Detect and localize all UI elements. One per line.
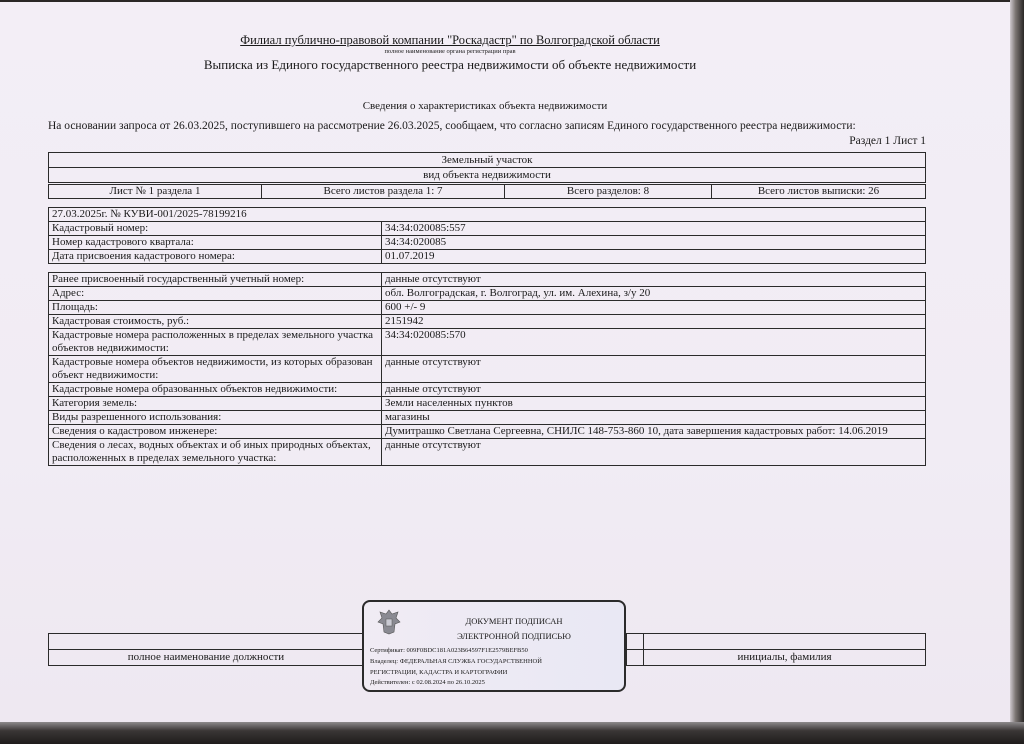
position-blank bbox=[49, 634, 364, 650]
total-sheets: Всего листов выписки: 26 bbox=[712, 185, 926, 199]
row-label: Виды разрешенного использования: bbox=[49, 411, 382, 425]
sheet-number: Лист № 1 раздела 1 bbox=[49, 185, 262, 199]
position-caption: полное наименование должности bbox=[49, 650, 364, 666]
org-name: Филиал публично-правовой компании "Роска… bbox=[200, 33, 700, 48]
row-label: Сведения о лесах, водных объектах и об и… bbox=[49, 439, 382, 466]
request-table: 27.03.2025г. № КУВИ-001/2025-78199216 Ка… bbox=[48, 207, 926, 264]
table-row: Сведения о кадастровом инженере:Думитраш… bbox=[49, 425, 926, 439]
org-caption: полное наименование органа регистрации п… bbox=[200, 48, 700, 55]
row-label: Кадастровая стоимость, руб.: bbox=[49, 315, 382, 329]
row-label: Ранее присвоенный государственный учетны… bbox=[49, 273, 382, 287]
stamp-owner-cont: РЕГИСТРАЦИИ, КАДАСТРА И КАРТОГРАФИИ bbox=[370, 669, 507, 676]
section-sheet-label: Раздел 1 Лист 1 bbox=[800, 135, 926, 147]
sheets-table: Лист № 1 раздела 1 Всего листов раздела … bbox=[48, 184, 926, 199]
row-value: 34:34:020085:570 bbox=[382, 329, 926, 356]
row-label: Кадастровый номер: bbox=[49, 222, 382, 236]
stamp-owner: Владелец: ФЕДЕРАЛЬНАЯ СЛУЖБА ГОСУДАРСТВЕ… bbox=[370, 658, 542, 665]
position-signature-table: полное наименование должности bbox=[48, 633, 364, 666]
table-row: Дата присвоения кадастрового номера: 01.… bbox=[49, 250, 926, 264]
table-row: Адрес:обл. Волгоградская, г. Волгоград, … bbox=[49, 287, 926, 301]
table-row: Кадастровая стоимость, руб.:2151942 bbox=[49, 315, 926, 329]
document-page: Филиал публично-правовой компании "Роска… bbox=[0, 2, 1010, 724]
table-row: Категория земель:Земли населенных пункто… bbox=[49, 397, 926, 411]
document-title: Выписка из Единого государственного реес… bbox=[180, 57, 720, 73]
table-row: Кадастровые номера объектов недвижимости… bbox=[49, 356, 926, 383]
assignment-date: 01.07.2019 bbox=[382, 250, 926, 264]
name-signature-table: инициалы, фамилия bbox=[626, 633, 926, 666]
row-label: Кадастровые номера расположенных в преде… bbox=[49, 329, 382, 356]
land-category-value: Земли населенных пунктов bbox=[382, 397, 926, 411]
request-line: На основании запроса от 26.03.2025, пост… bbox=[48, 120, 928, 132]
table-row: Площадь:600 +/- 9 bbox=[49, 301, 926, 315]
table-row: Виды разрешенного использования:магазины bbox=[49, 411, 926, 425]
total-sheets-section: Всего листов раздела 1: 7 bbox=[262, 185, 505, 199]
row-value: данные отсутствуют bbox=[382, 383, 926, 397]
stamp-validity: Действителен: с 02.08.2024 по 26.10.2025 bbox=[370, 679, 485, 686]
row-value: данные отсутствуют bbox=[382, 439, 926, 466]
stamp-line2: ЭЛЕКТРОННОЙ ПОДПИСЬЮ bbox=[414, 631, 614, 641]
name-caption: инициалы, фамилия bbox=[644, 650, 926, 666]
row-label: Адрес: bbox=[49, 287, 382, 301]
row-label: Дата присвоения кадастрового номера: bbox=[49, 250, 382, 264]
properties-table: Ранее присвоенный государственный учетны… bbox=[48, 272, 926, 466]
row-label: Площадь: bbox=[49, 301, 382, 315]
table-row: Ранее присвоенный государственный учетны… bbox=[49, 273, 926, 287]
row-label: Номер кадастрового квартала: bbox=[49, 236, 382, 250]
cadastral-value: 2151942 bbox=[382, 315, 926, 329]
table-row: Кадастровый номер: 34:34:020085:557 bbox=[49, 222, 926, 236]
object-type: Земельный участок bbox=[49, 153, 926, 168]
object-type-table: Земельный участок вид объекта недвижимос… bbox=[48, 152, 926, 183]
table-row: Сведения о лесах, водных объектах и об и… bbox=[49, 439, 926, 466]
section-title: Сведения о характеристиках объекта недви… bbox=[250, 100, 720, 112]
permitted-use-value: магазины bbox=[382, 411, 926, 425]
emblem-icon bbox=[376, 608, 402, 636]
row-value: данные отсутствуют bbox=[382, 273, 926, 287]
address-value: обл. Волгоградская, г. Волгоград, ул. им… bbox=[382, 287, 926, 301]
row-value: данные отсутствуют bbox=[382, 356, 926, 383]
row-label: Сведения о кадастровом инженере: bbox=[49, 425, 382, 439]
cadastral-quarter: 34:34:020085 bbox=[382, 236, 926, 250]
table-row: Номер кадастрового квартала: 34:34:02008… bbox=[49, 236, 926, 250]
total-sections: Всего разделов: 8 bbox=[505, 185, 712, 199]
table-row: Кадастровые номера образованных объектов… bbox=[49, 383, 926, 397]
area-value: 600 +/- 9 bbox=[382, 301, 926, 315]
engineer-value: Думитрашко Светлана Сергеевна, СНИЛС 148… bbox=[382, 425, 926, 439]
row-label: Кадастровые номера образованных объектов… bbox=[49, 383, 382, 397]
object-type-caption: вид объекта недвижимости bbox=[49, 168, 926, 183]
name-blank bbox=[644, 634, 926, 650]
cadastral-number: 34:34:020085:557 bbox=[382, 222, 926, 236]
request-number: 27.03.2025г. № КУВИ-001/2025-78199216 bbox=[49, 208, 926, 222]
stamp-line1: ДОКУМЕНТ ПОДПИСАН bbox=[414, 616, 614, 626]
scanner-bottom-edge bbox=[0, 722, 1024, 744]
table-row: Кадастровые номера расположенных в преде… bbox=[49, 329, 926, 356]
row-label: Кадастровые номера объектов недвижимости… bbox=[49, 356, 382, 383]
row-label: Категория земель: bbox=[49, 397, 382, 411]
electronic-signature-stamp: ДОКУМЕНТ ПОДПИСАН ЭЛЕКТРОННОЙ ПОДПИСЬЮ С… bbox=[362, 600, 626, 692]
page-edge-shadow bbox=[1010, 0, 1024, 744]
stamp-certificate: Сертификат: 009F0BDC181A023B64597F1E2579… bbox=[370, 647, 528, 654]
